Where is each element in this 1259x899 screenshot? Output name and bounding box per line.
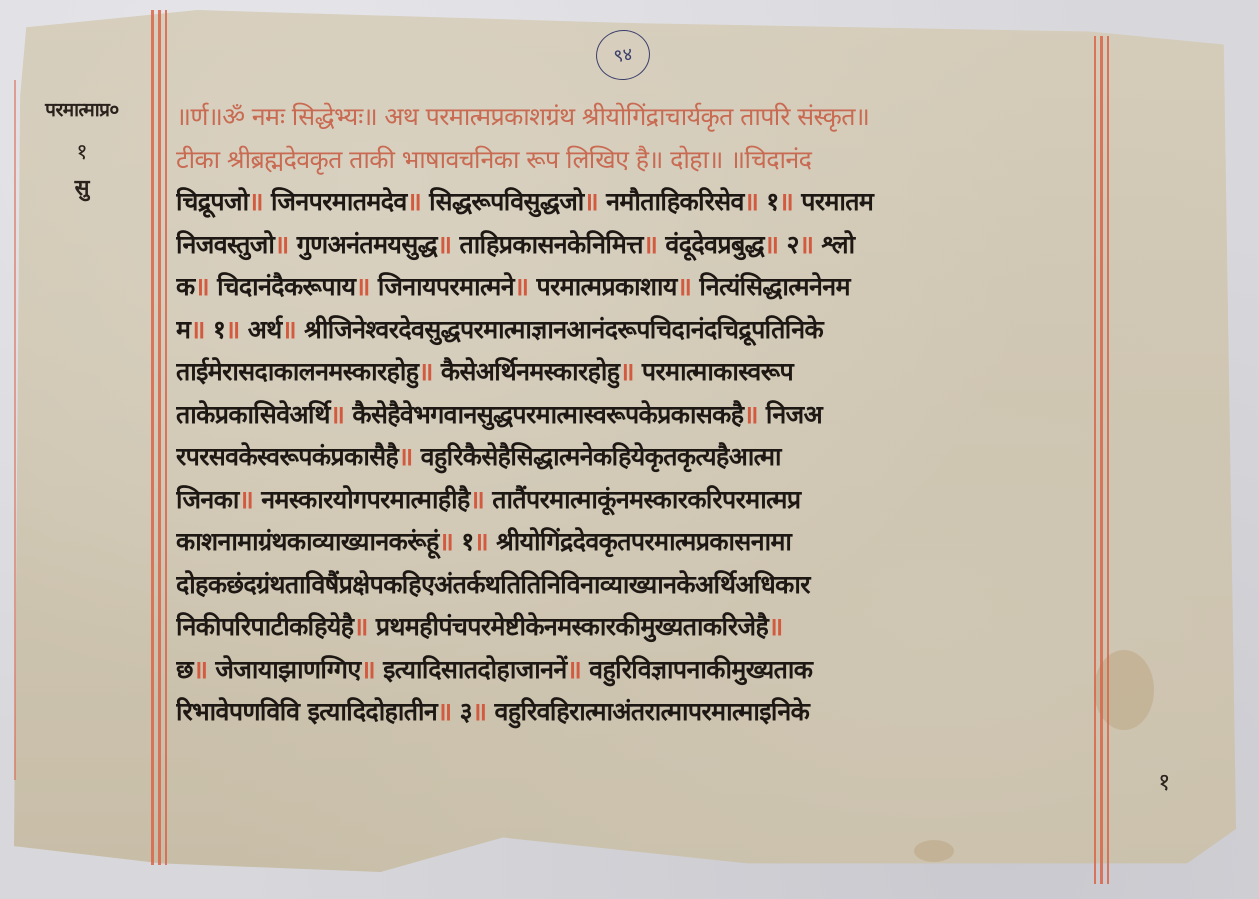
rubric-line-2: टीका श्रीब्रह्मदेवकृत ताकी भाषावचनिका रू… — [176, 139, 1096, 182]
ruling-line-right-2 — [1100, 36, 1103, 884]
danda-mark: ॥ — [643, 230, 657, 259]
text-line-12: दोहकछंदग्रंथताविषैंप्रक्षेपकहिएअंतर्कथति… — [176, 564, 1096, 607]
danda-mark: ॥ — [195, 272, 209, 301]
danda-mark: ॥ — [439, 527, 453, 556]
danda-mark: ॥ — [437, 230, 451, 259]
rubric-line-1: ॥र्ण॥ॐ नमः सिद्धेभ्यः॥ अथ परमात्मप्रकाशग… — [176, 96, 1096, 139]
danda-mark: ॥ — [248, 187, 262, 216]
ruling-line-left-outer — [14, 80, 16, 780]
danda-mark: ॥ — [190, 315, 204, 344]
danda-mark: ॥ — [474, 527, 488, 556]
margin-number: १ — [22, 136, 142, 166]
danda-mark: ॥ — [225, 315, 239, 344]
text-line-13: निकीपरिपाटीकहियेहै॥ प्रथमहीपंचपरमेष्टीके… — [176, 606, 1096, 649]
text-line-5: क॥ चिदानंदैकरूपाय॥ जिनायपरमात्मने॥ परमात… — [176, 266, 1096, 309]
margin-title: परमात्माप्र० — [22, 96, 142, 122]
text-line-8: ताकेप्रकासिवेअर्थि॥ कैसेहैवेभगवानसुद्धपर… — [176, 394, 1096, 437]
page-number-right-margin: १ — [1158, 765, 1170, 798]
ruling-line-left-2 — [158, 10, 161, 865]
text-line-9: रपरसवकेस्वरूपकंप्रकासैहै॥ वहुरिकैसेहैसिद… — [176, 436, 1096, 479]
danda-mark: ॥ — [330, 400, 344, 429]
ruling-line-right-3 — [1107, 36, 1109, 884]
danda-mark: ॥ — [437, 697, 451, 726]
danda-mark: ॥ — [677, 272, 691, 301]
danda-mark: ॥ — [361, 655, 375, 684]
danda-mark: ॥ — [407, 187, 421, 216]
text-line-11: काशनामाग्रंथकाव्याख्यानकरूंहूं॥ १॥ श्रीय… — [176, 521, 1096, 564]
text-line-6: म॥ १॥ अर्थ॥ श्रीजिनेश्वरदेवसुद्धपरमात्मा… — [176, 309, 1096, 352]
danda-mark: ॥ — [768, 612, 782, 641]
text-line-14: छ॥ जेजायाझाणग्गिए॥ इत्यादिसातदोहाजाननें॥… — [176, 649, 1096, 692]
danda-mark: ॥ — [779, 187, 793, 216]
danda-mark: ॥ — [282, 315, 296, 344]
ruling-line-left-1 — [151, 10, 154, 865]
danda-mark: ॥ — [799, 230, 813, 259]
danda-mark: ॥ — [398, 442, 412, 471]
text-line-7: ताईमेरासदाकालनमस्कारहोहु॥ कैसेअर्थिनमस्क… — [176, 351, 1096, 394]
text-line-4: निजवस्तुजो॥ गुणअनंतमयसुद्ध॥ ताहिप्रकासनक… — [176, 224, 1096, 267]
danda-mark: ॥ — [619, 357, 633, 386]
stain — [1094, 650, 1154, 730]
danda-mark: ॥ — [239, 485, 253, 514]
ruling-line-left-3 — [165, 10, 167, 865]
danda-mark: ॥ — [355, 272, 369, 301]
danda-mark: ॥ — [567, 655, 581, 684]
danda-mark: ॥ — [744, 187, 758, 216]
danda-mark: ॥ — [514, 272, 528, 301]
manuscript-text-block: ॥र्ण॥ॐ नमः सिद्धेभ्यः॥ अथ परमात्मप्रकाशग… — [176, 96, 1096, 734]
danda-mark: ॥ — [418, 357, 432, 386]
stain — [914, 840, 954, 862]
danda-mark: ॥ — [470, 485, 484, 514]
danda-mark: ॥ — [274, 230, 288, 259]
danda-mark: ॥ — [743, 400, 757, 429]
danda-mark: ॥ — [193, 655, 207, 684]
danda-mark: ॥ — [764, 230, 778, 259]
danda-mark: ॥ — [353, 612, 367, 641]
margin-letter: सु — [22, 172, 142, 202]
danda-mark: ॥ — [472, 697, 486, 726]
left-margin-notation: परमात्माप्र० १ सु — [22, 96, 142, 202]
danda-mark: ॥ — [584, 187, 598, 216]
text-line-3: चिद्रूपजो॥ जिनपरमातमदेव॥ सिद्धरूपविसुद्ध… — [176, 181, 1096, 224]
text-line-15: रिभावेपणविवि इत्यादिदोहातीन॥ ३॥ वहुरिवहि… — [176, 691, 1096, 734]
text-line-10: जिनका॥ नमस्कारयोगपरमात्माहीहै॥ तातैंपरमा… — [176, 479, 1096, 522]
